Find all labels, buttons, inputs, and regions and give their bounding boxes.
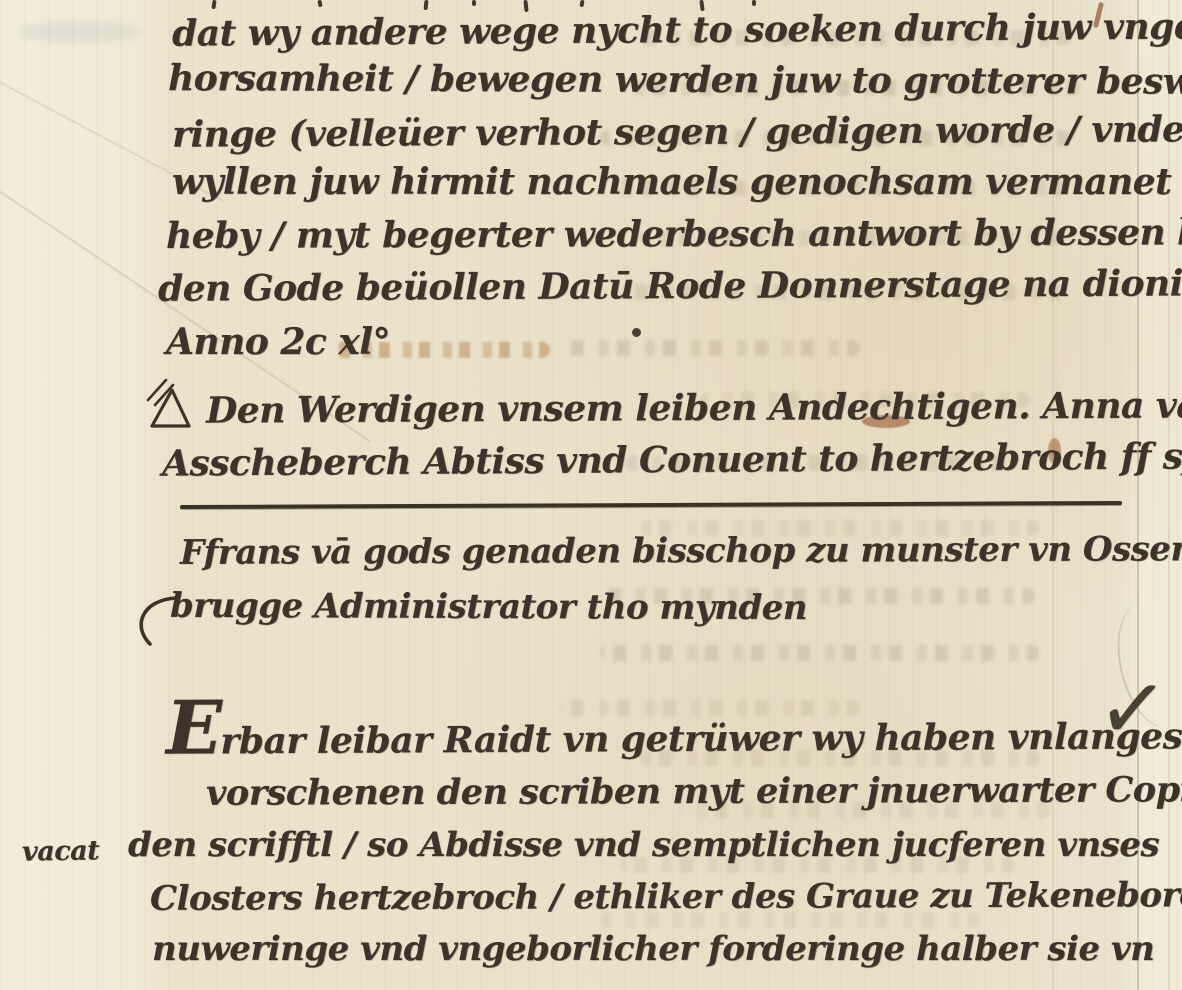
manuscript-line: ringe (velleüer verhot segen / gedigen w… (172, 111, 1182, 152)
manuscript-line: den scrifftl / so Abdisse vnd semptliche… (128, 828, 1159, 862)
bleedthrough-smudge (600, 645, 1040, 661)
cutoff-stroke (752, 0, 756, 6)
bleedthrough-smudge (565, 340, 860, 356)
cutoff-stroke (579, 0, 584, 7)
paragraph-mark-icon (142, 376, 204, 436)
divider-rule (180, 501, 1122, 509)
manuscript-line: Closters hertzebroch / ethliker des Grau… (150, 878, 1182, 916)
manuscript-line: Den Werdigen vnsem leiben Andechtigen. A… (206, 387, 1182, 428)
manuscript-page: dat wy andere wege nycht to soeken durch… (0, 0, 1182, 990)
check-mark-icon: ✓ (1093, 655, 1172, 764)
manuscript-line: Ffrans vā gods genaden bisschop zu munst… (180, 532, 1182, 570)
manuscript-line: nuweringe vnd vngeborlicher forderinge h… (152, 932, 1154, 966)
manuscript-line: wyllen juw hirmit nachmaels genochsam ve… (172, 164, 1171, 200)
manuscript-line: dat wy andere wege nycht to soeken durch… (172, 8, 1182, 51)
manuscript-line: heby / myt begerter wederbesch antwort b… (166, 214, 1182, 254)
cutoff-stroke (423, 0, 428, 10)
manuscript-line: brugge Administrator tho mynden (170, 589, 807, 625)
cutoff-stroke (211, 0, 216, 9)
corner-smudge (20, 22, 140, 42)
cutoff-stroke (472, 0, 476, 6)
margin-note: vacat (22, 837, 100, 865)
manuscript-line: horsamheit / bewegen werden juw to grott… (168, 60, 1182, 100)
manuscript-line: Asscheberch Abtiss vnd Conuent to hertze… (162, 438, 1182, 481)
manuscript-line: Erbar leibar Raidt vn getrüwer wy haben … (166, 703, 1182, 759)
cutoff-stroke (317, 0, 322, 7)
manuscript-line: den Gode beüollen Datū Rode Donnerstage … (158, 265, 1182, 307)
manuscript-line: vorschenen den scriben myt einer jnuerwa… (206, 772, 1182, 811)
manuscript-line: Anno 2c xl° (166, 324, 390, 360)
ink-dot (632, 328, 641, 337)
